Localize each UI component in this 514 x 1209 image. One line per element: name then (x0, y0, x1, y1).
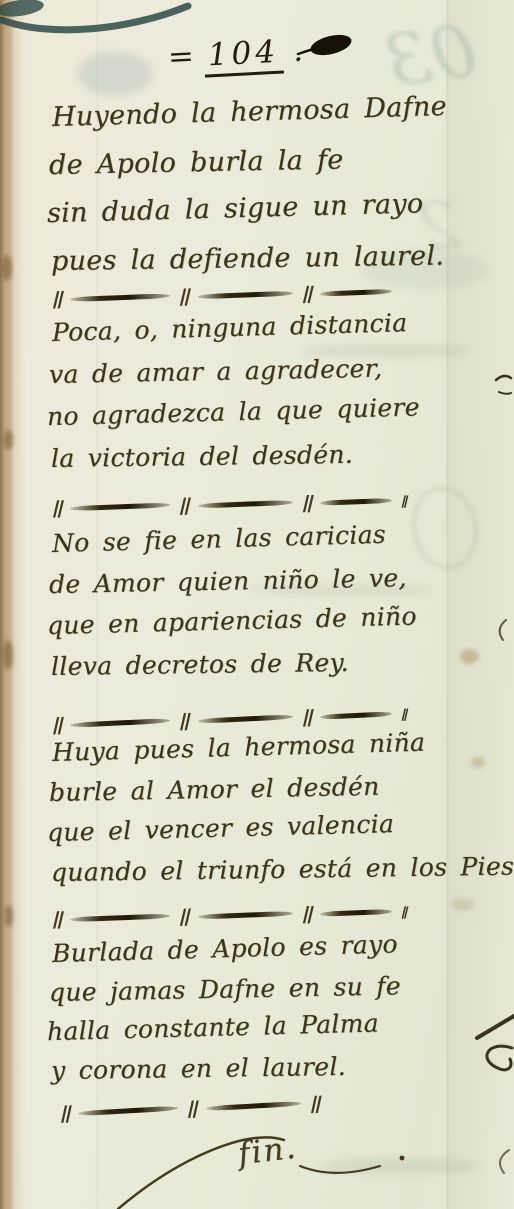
verse-line: Huyendo la hermosa Dafne (52, 91, 448, 133)
verse-line: quando el triunfo está en los Pies. (51, 851, 514, 887)
divider-slash: // (49, 907, 65, 932)
verse-line: lleva decretos de Rey. (51, 647, 421, 681)
verse-line: de Apolo burla la fe (49, 142, 444, 181)
divider-stroke (320, 909, 392, 917)
stanza-1: Huyendo la hermosa Dafne de Apolo burla … (52, 102, 447, 294)
paper-stain (460, 649, 479, 664)
verse-line: halla constante la Palma (47, 1008, 400, 1046)
divider-stroke (70, 913, 170, 922)
stanza-5: Burlada de Apolo es rayo que jamas Dafne… (52, 939, 404, 1095)
bleedthrough-smudge (78, 52, 152, 96)
divider-stroke (78, 1106, 178, 1117)
divider-slash: // (176, 708, 192, 733)
verse-line: sin duda la sigue un rayo (47, 188, 443, 229)
ink-blot (308, 31, 353, 59)
verse-line: No se fie en las caricias (52, 519, 422, 558)
page-number: =104. (167, 32, 304, 79)
divider-slash: // (298, 281, 314, 306)
divider-slash: // (298, 705, 314, 730)
manuscript-page: 03 2 =104. Huyendo la hermosa Dafne de A… (0, 0, 514, 1209)
stanza-divider: // // // // (52, 488, 406, 520)
edge-blotch (3, 640, 13, 670)
page-number-value: 104 (203, 34, 284, 78)
divider-slash: // (184, 1096, 201, 1121)
verse-line: de Amor quien niño le ve, (49, 563, 419, 599)
divider-stroke (70, 502, 170, 511)
stanza-2: Poca, o, ninguna distancia va de amar a … (52, 318, 425, 486)
stanza-divider: // // // // (52, 899, 406, 931)
paper-right-band (449, 0, 514, 1209)
divider-slash: // (398, 705, 408, 723)
verse-line: Poca, o, ninguna distancia (52, 308, 425, 347)
divider-stroke (198, 500, 293, 509)
divider-slash: // (57, 1101, 74, 1126)
divider-stroke (320, 289, 392, 297)
divider-stroke (198, 911, 293, 920)
ink-blot-tail (298, 44, 333, 54)
binding-edge (0, 0, 26, 1209)
divider-stroke (198, 714, 293, 724)
bleedthrough-smudge (320, 1158, 480, 1174)
divider-slash: // (399, 492, 409, 510)
divider-stroke (320, 711, 392, 720)
verse-line: que en apariencias de niño (47, 601, 417, 640)
paper-stain (452, 898, 474, 911)
page-number-suffix: . (292, 32, 304, 68)
edge-blotch (5, 905, 13, 927)
divider-slash: // (49, 286, 65, 311)
divider-stroke (206, 1101, 301, 1111)
verse-line: pues la defiende un laurel. (51, 241, 446, 278)
verse-line: no agradezca la que quiere (47, 392, 420, 431)
footer-fin: fin. (236, 1130, 299, 1173)
verse-line: la victoria del desdén. (51, 439, 424, 473)
divider-slash: // (176, 904, 192, 929)
stanza-divider: // // // (60, 1091, 320, 1126)
stanza-3: No se fie en las caricias de Amor quien … (52, 529, 422, 693)
page-number-prefix: = (167, 38, 195, 75)
verse-line: va de amar a agradecer, (49, 353, 422, 389)
verse-line: que jamas Dafne en su fe (49, 971, 401, 1007)
divider-slash: // (49, 496, 65, 521)
verse-line: que el vencer es valencia (47, 806, 514, 847)
divider-slash: // (298, 901, 314, 926)
verse-line: y corona en el laurel. (51, 1051, 403, 1085)
divider-slash: // (298, 490, 314, 515)
edge-blotch (4, 430, 13, 450)
verse-line: burle al Amor el desdén (49, 769, 514, 807)
divider-stroke (320, 498, 392, 506)
divider-stroke (70, 293, 170, 302)
divider-slash: // (399, 903, 409, 921)
divider-stroke (198, 291, 293, 300)
teal-ink-curl (2, 6, 188, 30)
edge-blotch (2, 255, 12, 281)
divider-slash: // (49, 712, 65, 737)
verse-line: Burlada de Apolo es rayo (52, 929, 405, 968)
divider-slash: // (176, 493, 192, 518)
divider-slash: // (176, 284, 192, 309)
divider-stroke (70, 718, 170, 728)
stanza-4: Huya pues la hermosa niña burle al Amor … (52, 738, 514, 898)
